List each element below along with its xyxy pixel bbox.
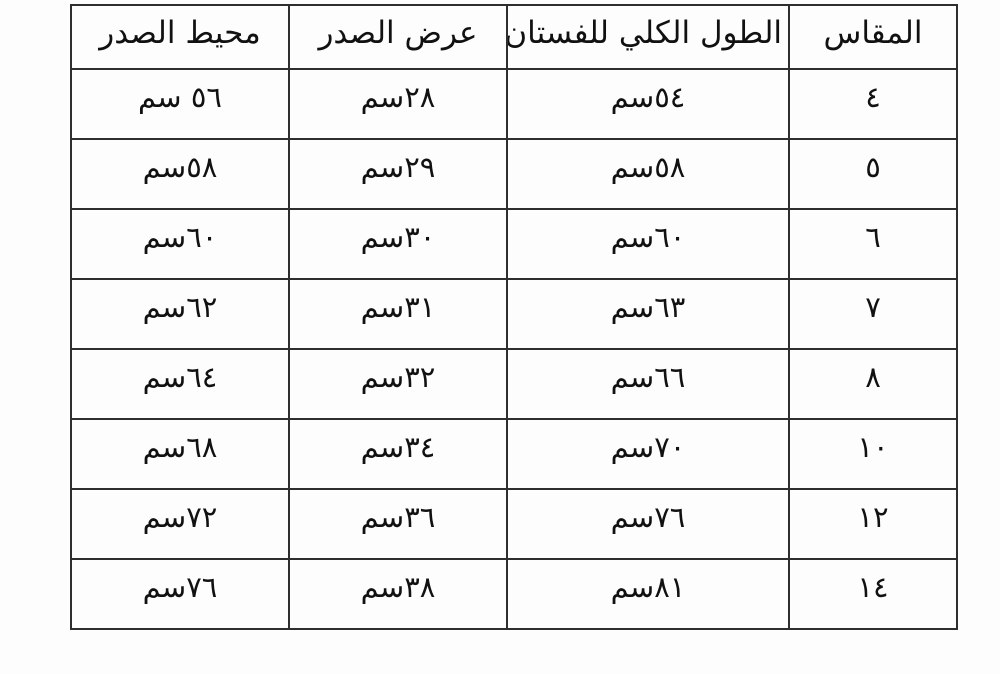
cell-chest_circumference: ٦٠سم (71, 209, 289, 279)
cell-total_length: ٧٦سم (507, 489, 789, 559)
size-chart-table: المقاسالطول الكلي للفستانعرض الصدرمحيط ا… (70, 4, 958, 630)
table-row: ٤٥٤سم٢٨سم٥٦ سم (71, 69, 957, 139)
table-row: ٨٦٦سم٣٢سم٦٤سم (71, 349, 957, 419)
table-body: ٤٥٤سم٢٨سم٥٦ سم٥٥٨سم٢٩سم٥٨سم٦٦٠سم٣٠سم٦٠سم… (71, 69, 957, 629)
cell-size: ٨ (789, 349, 957, 419)
cell-total_length: ٦٦سم (507, 349, 789, 419)
table-row: ١٠٧٠سم٣٤سم٦٨سم (71, 419, 957, 489)
cell-total_length: ٥٤سم (507, 69, 789, 139)
cell-chest_circumference: ٦٤سم (71, 349, 289, 419)
cell-total_length: ٥٨سم (507, 139, 789, 209)
table-row: ٦٦٠سم٣٠سم٦٠سم (71, 209, 957, 279)
cell-total_length: ٧٠سم (507, 419, 789, 489)
cell-chest_width: ٢٨سم (289, 69, 507, 139)
cell-total_length: ٦٣سم (507, 279, 789, 349)
cell-total_length: ٦٠سم (507, 209, 789, 279)
column-header-chest_width: عرض الصدر (289, 5, 507, 69)
cell-size: ١٠ (789, 419, 957, 489)
table-row: ٥٥٨سم٢٩سم٥٨سم (71, 139, 957, 209)
cell-size: ٧ (789, 279, 957, 349)
cell-chest_circumference: ٥٨سم (71, 139, 289, 209)
cell-chest_width: ٣٢سم (289, 349, 507, 419)
cell-chest_circumference: ٧٢سم (71, 489, 289, 559)
cell-size: ١٢ (789, 489, 957, 559)
cell-chest_circumference: ٦٨سم (71, 419, 289, 489)
cell-chest_width: ٣١سم (289, 279, 507, 349)
cell-size: ٦ (789, 209, 957, 279)
cell-size: ٥ (789, 139, 957, 209)
cell-chest_circumference: ٥٦ سم (71, 69, 289, 139)
column-header-chest_circumference: محيط الصدر (71, 5, 289, 69)
cell-size: ١٤ (789, 559, 957, 629)
table-row: ١٢٧٦سم٣٦سم٧٢سم (71, 489, 957, 559)
header-row: المقاسالطول الكلي للفستانعرض الصدرمحيط ا… (71, 5, 957, 69)
table-row: ٧٦٣سم٣١سم٦٢سم (71, 279, 957, 349)
cell-chest_width: ٢٩سم (289, 139, 507, 209)
column-header-total_length: الطول الكلي للفستان (507, 5, 789, 69)
table-row: ١٤٨١سم٣٨سم٧٦سم (71, 559, 957, 629)
cell-chest_circumference: ٦٢سم (71, 279, 289, 349)
cell-total_length: ٨١سم (507, 559, 789, 629)
cell-chest_width: ٣٠سم (289, 209, 507, 279)
cell-chest_width: ٣٨سم (289, 559, 507, 629)
cell-size: ٤ (789, 69, 957, 139)
column-header-size: المقاس (789, 5, 957, 69)
cell-chest_circumference: ٧٦سم (71, 559, 289, 629)
cell-chest_width: ٣٤سم (289, 419, 507, 489)
cell-chest_width: ٣٦سم (289, 489, 507, 559)
page: المقاسالطول الكلي للفستانعرض الصدرمحيط ا… (0, 0, 1000, 674)
